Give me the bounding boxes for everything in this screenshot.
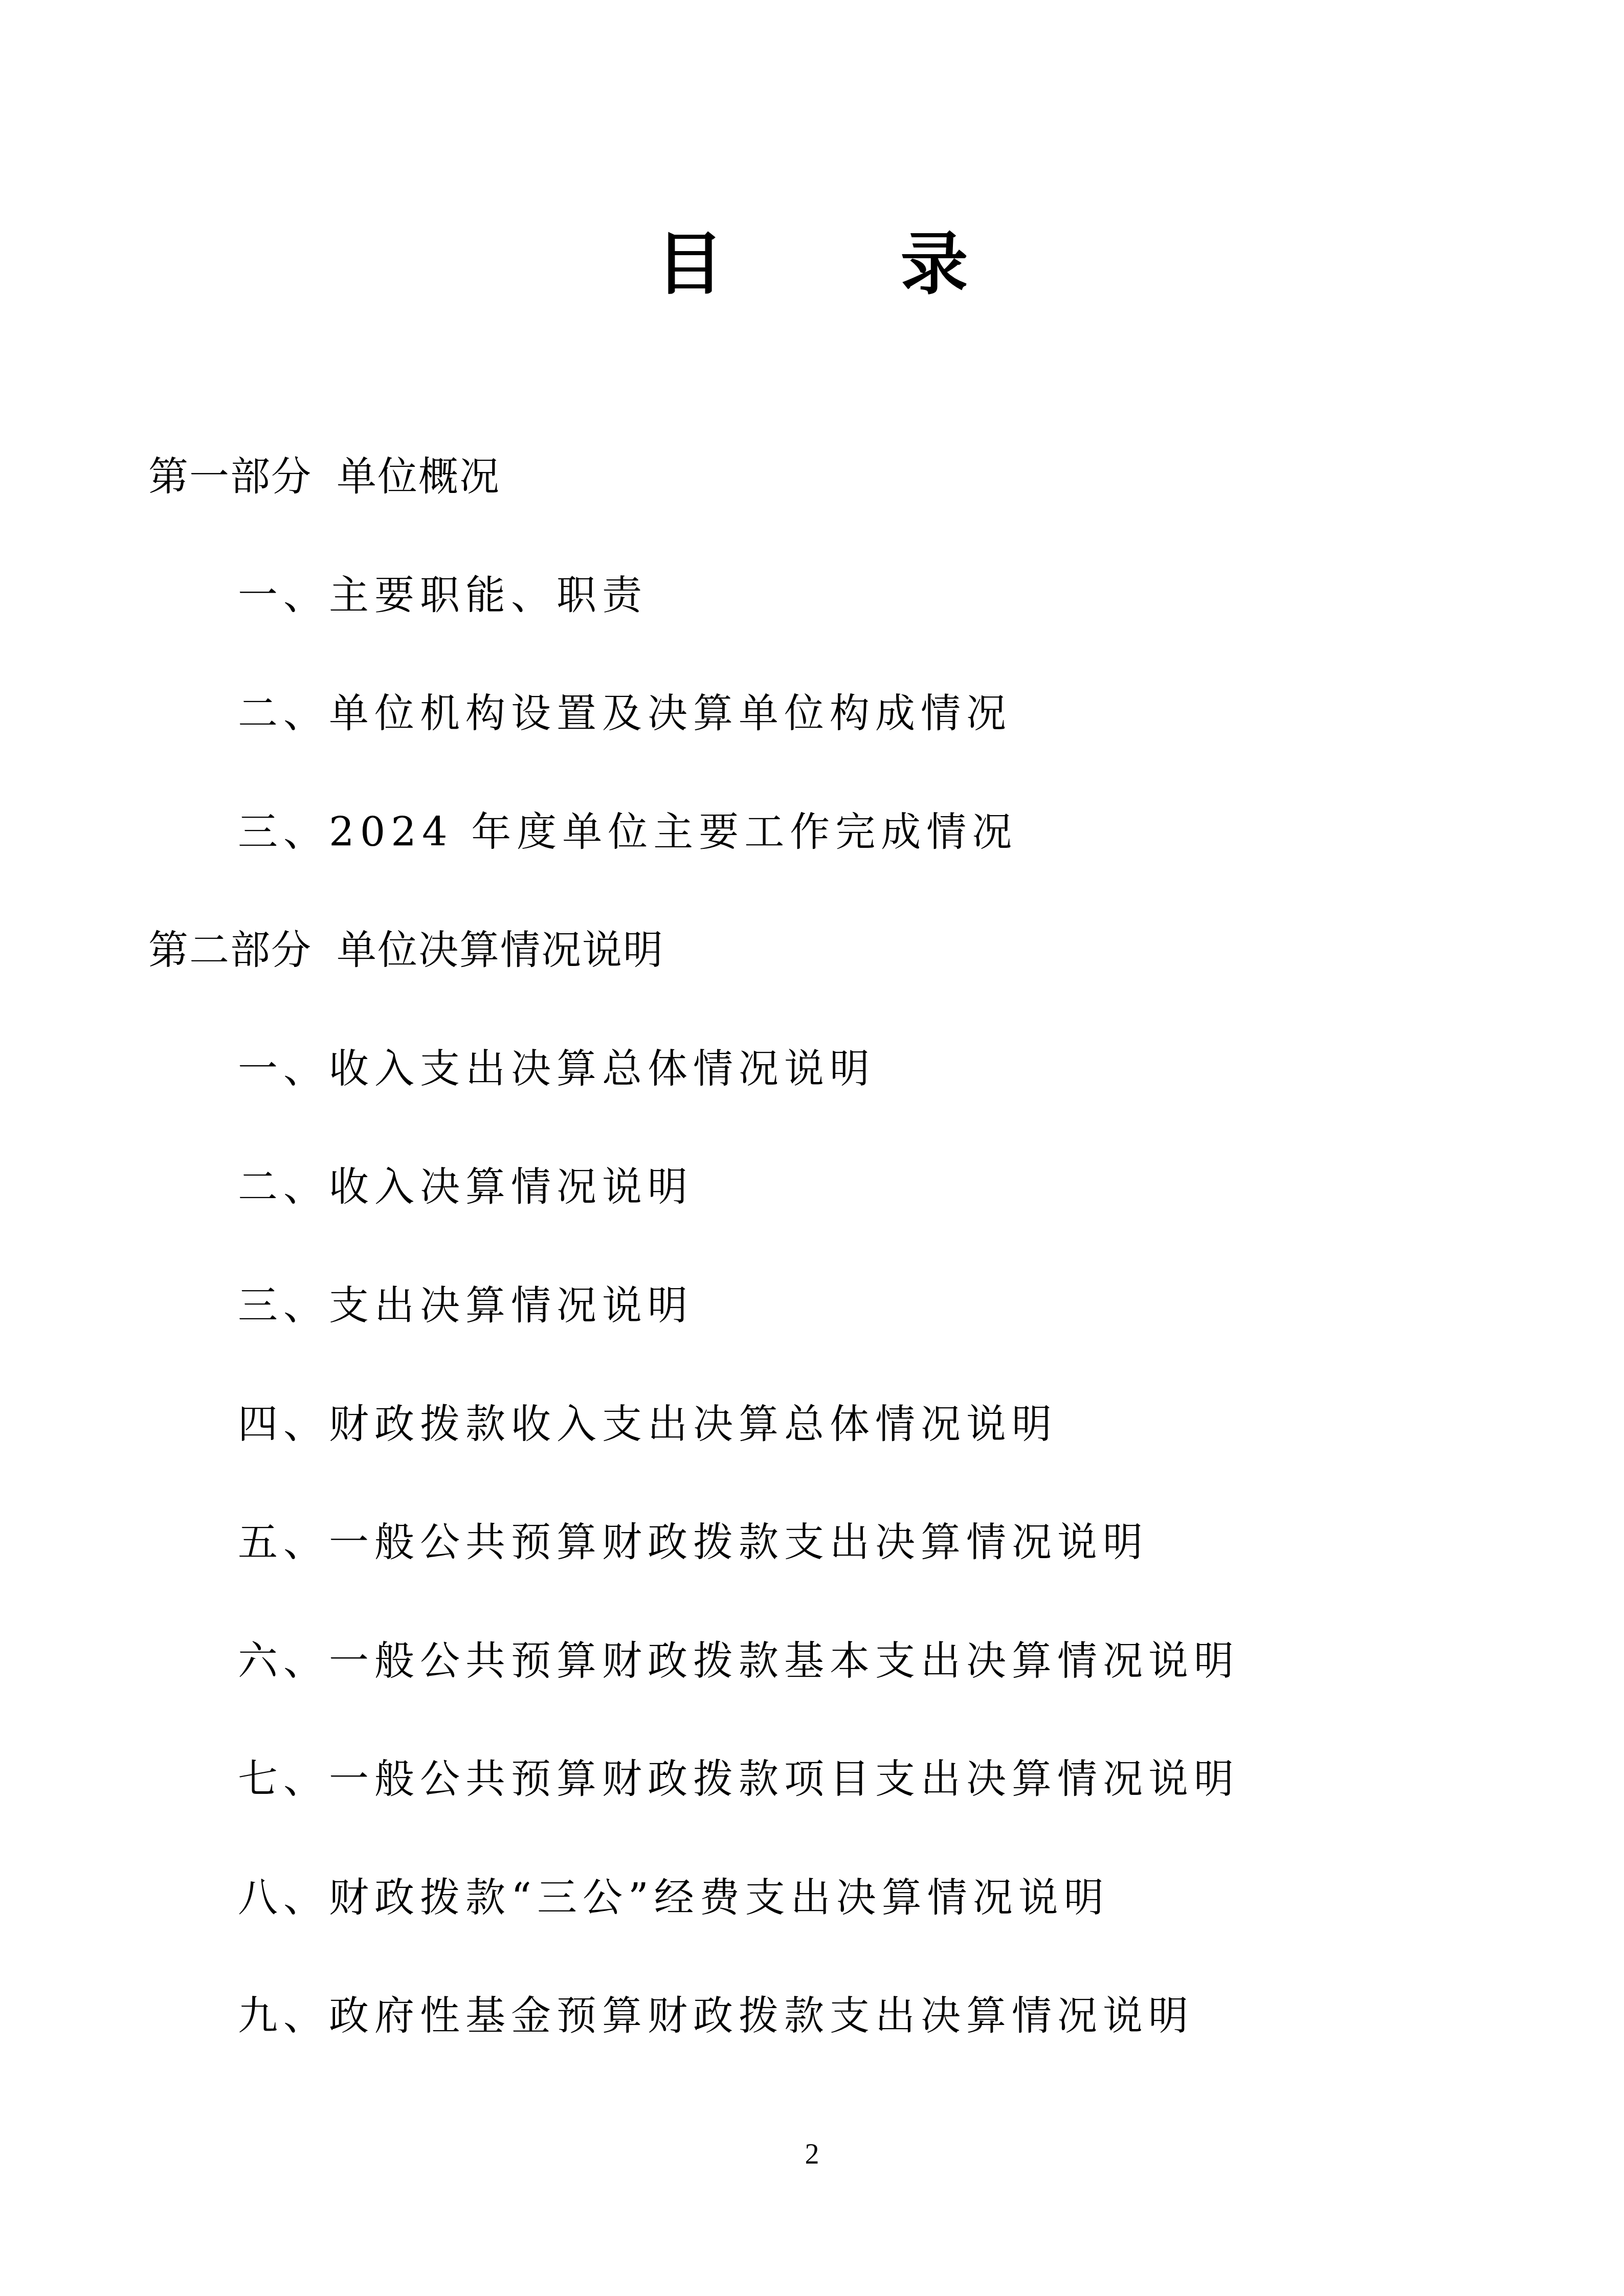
toc-part-number: 第二部分 [148,928,312,974]
toc-part-title: 单位决算情况说明 [337,928,664,974]
toc-entry[interactable]: 五、一般公共预算财政拨款支出决算情况说明 [238,1515,1148,1571]
document-page: 目 录 第一部分单位概况 一、主要职能、职责 二、单位机构设置及决算单位构成情况… [0,0,1624,2296]
toc-entry[interactable]: 九、政府性基金预算财政拨款支出决算情况说明 [238,1988,1194,2044]
toc-entry[interactable]: 二、单位机构设置及决算单位构成情况 [238,686,1012,742]
toc-entry[interactable]: 六、一般公共预算财政拨款基本支出决算情况说明 [238,1633,1239,1690]
toc-part-number: 第一部分 [148,454,312,500]
toc-entry[interactable]: 三、2024 年度单位主要工作完成情况 [238,804,1017,861]
toc-entry[interactable]: 八、财政拨款“三公”经费支出决算情况说明 [238,1870,1109,1926]
toc-part-1-heading[interactable]: 第一部分单位概况 [148,449,500,505]
toc-entry[interactable]: 一、收入支出决算总体情况说明 [238,1041,875,1097]
toc-entry[interactable]: 二、收入决算情况说明 [238,1159,693,1215]
toc-entry[interactable]: 四、财政拨款收入支出决算总体情况说明 [238,1397,1057,1453]
toc-entry[interactable]: 三、支出决算情况说明 [238,1278,693,1334]
toc-part-2-heading[interactable]: 第二部分单位决算情况说明 [148,922,664,979]
toc-entry[interactable]: 七、一般公共预算财政拨款项目支出决算情况说明 [238,1751,1239,1808]
toc-entry[interactable]: 一、主要职能、职责 [238,568,648,624]
page-number: 2 [0,2136,1624,2172]
toc-title: 目 录 [0,221,1624,308]
toc-part-title: 单位概况 [337,454,500,500]
